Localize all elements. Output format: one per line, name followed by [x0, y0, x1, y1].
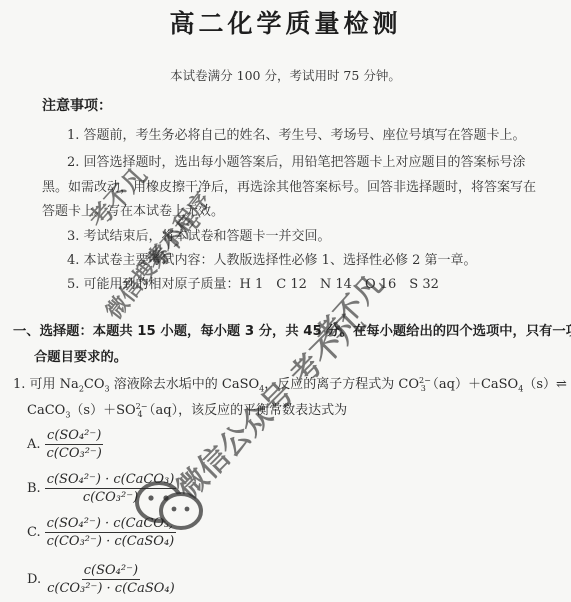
- option-d-expression: c(SO₄²⁻) c(CO₃²⁻) · c(CaSO₄): [45, 563, 177, 596]
- carbonate-ion-charge: 2−3: [419, 377, 426, 392]
- option-c[interactable]: C. c(SO₄²⁻) · c(CaCO₃) c(CO₃²⁻) · c(CaSO…: [27, 516, 176, 549]
- option-b-expression: c(SO₄²⁻) · c(CaCO₃) c(CO₃²⁻): [45, 472, 177, 505]
- exam-page: 高二化学质量检测 本试卷满分 100 分，考试用时 75 分钟。 注意事项： 1…: [0, 0, 571, 602]
- exam-subtitle: 本试卷满分 100 分，考试用时 75 分钟。: [0, 66, 571, 84]
- option-c-expression: c(SO₄²⁻) · c(CaCO₃) c(CO₃²⁻) · c(CaSO₄): [45, 516, 177, 549]
- question-1-stem-cont: CaCO3（s）＋SO2−4（aq），该反应的平衡常数表达式为: [27, 399, 347, 420]
- notice-item-2-cont: 黑。如需改动，用橡皮擦干净后，再选涂其他答案标号。回答非选择题时，将答案写在: [42, 176, 536, 195]
- notice-item-2-end: 答题卡上。写在本试卷上无效。: [42, 200, 224, 219]
- option-b[interactable]: B. c(SO₄²⁻) · c(CaCO₃) c(CO₃²⁻): [27, 472, 176, 505]
- notice-item-1: 1. 答题前，考生务必将自己的姓名、考生号、考场号、座位号填写在答题卡上。: [67, 124, 526, 143]
- notice-item-3: 3. 考试结束后，将本试卷和答题卡一并交回。: [67, 225, 331, 244]
- question-1-stem: 1. 可用 Na2CO3 溶液除去水垢中的 CaSO4，反应的离子方程式为 CO…: [13, 373, 567, 394]
- exam-title: 高二化学质量检测: [0, 4, 571, 40]
- option-d[interactable]: D. c(SO₄²⁻) c(CO₃²⁻) · c(CaSO₄): [27, 563, 177, 596]
- question-number: 1.: [13, 377, 25, 392]
- notice-item-5: 5. 可能用到的相对原子质量：H 1 C 12 N 14 O 16 S 32: [67, 273, 439, 292]
- section-heading-cont: 合题目要求的。: [34, 346, 127, 365]
- section-heading: 一、选择题：本题共 15 小题，每小题 3 分，共 45 分。在每小题给出的四个…: [13, 320, 571, 339]
- notice-heading: 注意事项：: [42, 95, 112, 115]
- option-a-expression: c(SO₄²⁻) c(CO₃²⁻): [45, 428, 104, 461]
- notice-item-2: 2. 回答选择题时，选出每小题答案后，用铅笔把答题卡上对应题目的答案标号涂: [67, 151, 526, 170]
- notice-item-4: 4. 本试卷主要考试内容：人教版选择性必修 1、选择性必修 2 第一章。: [67, 249, 476, 268]
- equilibrium-arrow: （s）⇌: [523, 377, 567, 392]
- sulfate-ion-charge: 2−4: [136, 403, 143, 418]
- option-a[interactable]: A. c(SO₄²⁻) c(CO₃²⁻): [27, 428, 104, 461]
